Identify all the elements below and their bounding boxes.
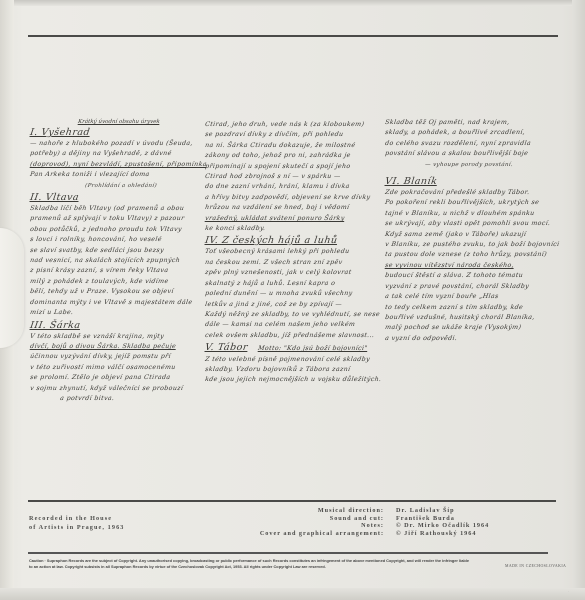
section-heading-row-tabor: V. Tábor Motto: "Kdo jsú boží bojovníci": [205, 341, 375, 354]
section-text-tabor-cont: Skladba těž Oj paměti, nad krajem, sklad…: [385, 118, 555, 170]
credit-label: Notes:: [290, 522, 396, 530]
credit-cover-design: Cover and graphical arrangement: © Jiří …: [290, 530, 489, 538]
section-heading-sarka: III. Šárka: [29, 320, 201, 332]
manuscript-column-2: Ctirad, jeho druh, vede nás k (za klobou…: [205, 120, 375, 386]
credits-rule: [28, 500, 556, 502]
credit-value: © Jiří Rathouský 1964: [396, 530, 476, 538]
sleeve-spine-seam: [572, 0, 585, 600]
credit-sound-and-cut: Sound and cut: František Burda: [290, 515, 489, 523]
top-edge-shadow: [0, 0, 585, 6]
section-text-tabor: Z této velebné písně pojmenování celé sk…: [205, 355, 375, 386]
credit-value: © Dr. Mirko Očadlík 1964: [396, 522, 489, 530]
top-rule: [28, 35, 558, 37]
credits-list: Musical direction: Dr. Ladislav Šíp Soun…: [290, 507, 489, 537]
section-text-sarka-cont: Ctirad, jeho druh, vede nás k (za klobou…: [205, 120, 375, 234]
credit-musical-direction: Musical direction: Dr. Ladislav Šíp: [290, 507, 489, 515]
legal-rule: [28, 552, 548, 554]
record-disc-edge: [0, 228, 24, 348]
credit-label: Sound and cut:: [290, 515, 396, 523]
section-text-sarka: V této skladbě se vznáší krajina, mýty d…: [30, 332, 200, 405]
section-heading-vltava: II. Vltava: [29, 192, 201, 204]
manuscript-column-3: Skladba těž Oj paměti, nad krajem, sklad…: [385, 118, 555, 344]
section-text-vltava: Skladba líčí běh Vltavy (od pramenů a ob…: [30, 204, 200, 318]
credit-value: Dr. Ladislav Šíp: [396, 507, 455, 515]
manuscript-column-1: Krátký úvodní obsahu úryvek I. Vyšehrad …: [30, 118, 200, 404]
section-motto-tabor: Motto: "Kdo jsú boží bojovníci": [257, 344, 368, 354]
section-text-z-ceskych-haju: Toť všeobecný krásami lehký při pohledu …: [205, 247, 375, 341]
manuscript-note: Krátký úvodní obsahu úryvek: [29, 118, 200, 126]
bottom-edge-shadow: [0, 588, 585, 600]
country-of-manufacture: MADE IN CZECHOSLOVAKIA: [505, 564, 566, 568]
section-heading-vysehrad: I. Vyšehrad: [29, 127, 201, 139]
credit-value: František Burda: [396, 515, 455, 523]
printer-mark: ·: [568, 589, 569, 593]
credit-label: Musical direction:: [290, 507, 396, 515]
copyright-notice: Caution · Supraphon Records are the subj…: [29, 558, 529, 570]
section-text-blanik: Zde pokračování předešlé skladby Tábor. …: [385, 188, 555, 344]
section-heading-tabor: V. Tábor: [204, 342, 249, 354]
section-heading-z-ceskych-haju: IV. Z českých hájů a luhů: [204, 235, 376, 247]
credit-label: Cover and graphical arrangement:: [230, 530, 396, 538]
section-text-vysehrad: — nahoře z hlubokého pozadí v úvodu (Šeu…: [30, 139, 200, 191]
recording-location: Recorded in the House of Artists in Prag…: [29, 514, 124, 532]
credit-notes: Notes: © Dr. Mirko Očadlík 1964: [290, 522, 489, 530]
section-heading-blanik: VI. Blaník: [384, 176, 556, 188]
